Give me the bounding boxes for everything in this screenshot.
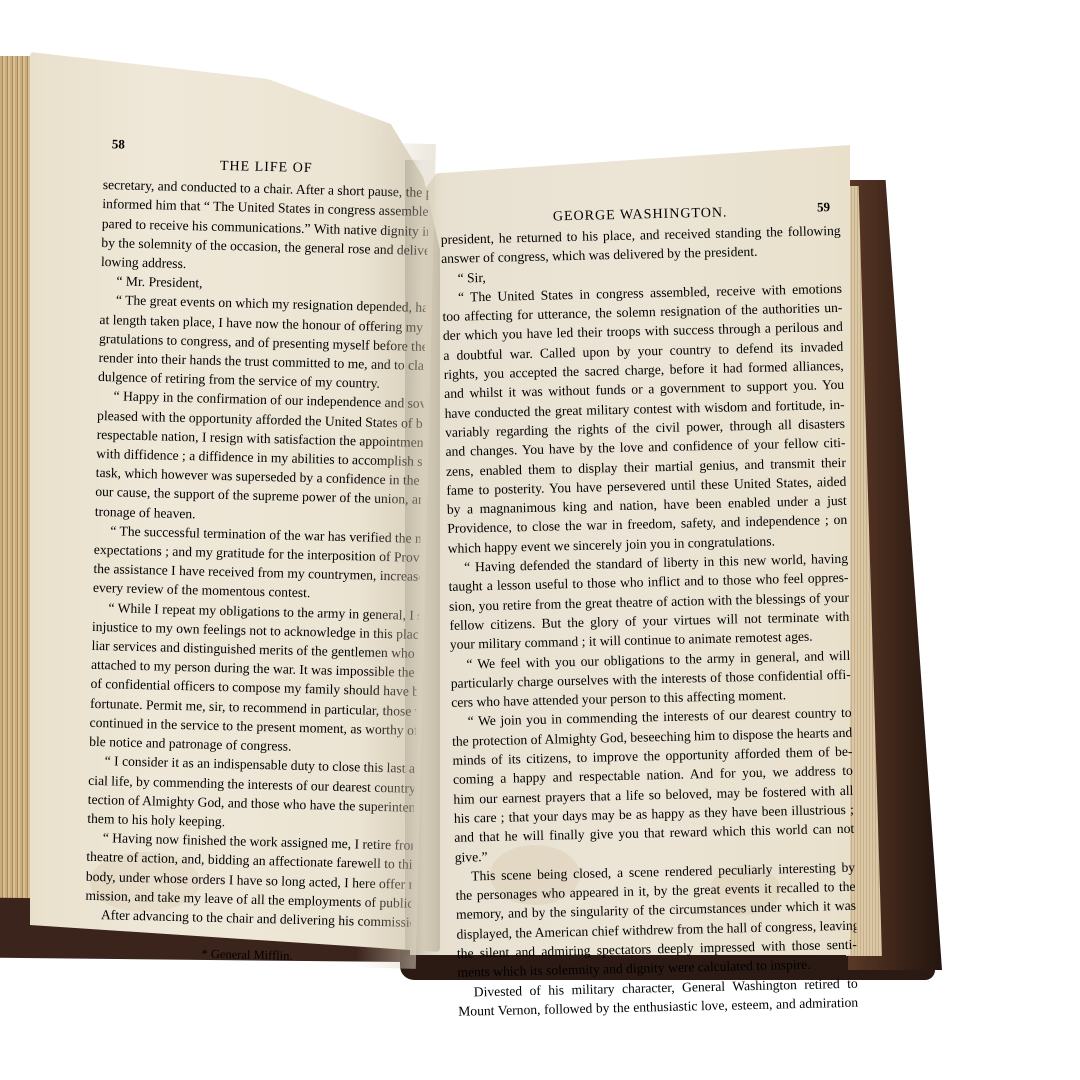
right-page-text: GEORGE WASHINGTON. 59 president, he retu…: [440, 199, 858, 1021]
open-book-photo: 58 THE LIFE OF secretary, and conducted …: [0, 0, 1080, 1080]
right-page-body: president, he returned to his place, and…: [440, 221, 858, 1021]
left-page-text: 58 THE LIFE OF secretary, and conducted …: [84, 136, 430, 969]
page-number: 59: [817, 197, 830, 217]
footnote: * General Mifflin.: [84, 942, 410, 969]
left-page-body: secretary, and conducted to a chair. Aft…: [85, 175, 429, 932]
page-number: 58: [112, 134, 125, 154]
